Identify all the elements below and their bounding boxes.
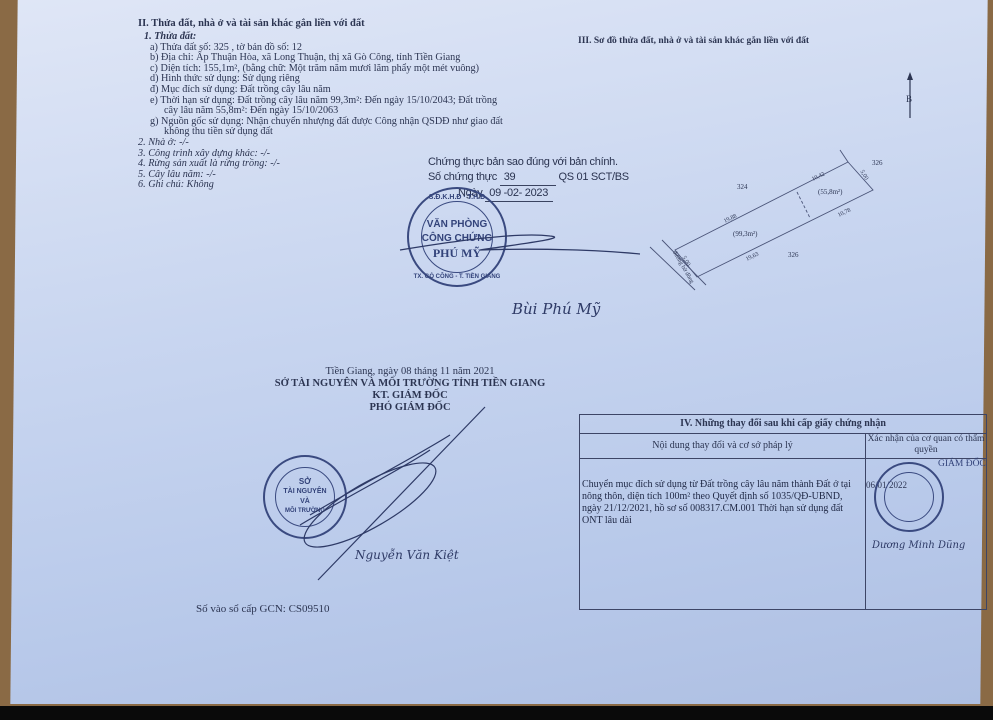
area-label-1: (99,3m²) (733, 229, 757, 240)
neighbor-324: 324 (737, 182, 748, 193)
certification-number-row: Số chứng thực 39 QS 01 SCT/BS (428, 170, 629, 186)
bottom-bar (0, 706, 993, 720)
stamp-ring-text: S.Đ.K.H.Đ · T.H.Đ (409, 192, 505, 204)
section-iii-title: III. Sơ đồ thửa đất, nhà ở và tài sản kh… (578, 36, 809, 47)
notary-signature: Bùi Phú Mỹ (512, 300, 600, 318)
usage-purpose: đ) Mục đích sử dụng: Đất trồng cây lâu n… (138, 85, 503, 96)
registration-office-stamp (874, 462, 944, 532)
north-label: B (906, 94, 912, 105)
origin-2: không thu tiền sử dụng đất (138, 127, 503, 138)
confirm-signature: Dương Minh Dũng (872, 540, 965, 551)
official-signature: Nguyễn Văn Kiệt (355, 548, 459, 562)
neighbor-326-north: 326 (872, 158, 883, 169)
confirm-role: GIÁM ĐỐC (938, 459, 986, 469)
certification-book: QS 01 SCT/BS (558, 171, 628, 183)
column-header-content: Nội dung thay đổi và cơ sở pháp lý (580, 434, 865, 459)
land-heading: 1. Thửa đất: (138, 32, 503, 43)
gcn-number: Số vào sổ cấp GCN: CS09510 (196, 604, 330, 615)
certification-number-label: Số chứng thực (428, 171, 497, 183)
house: 2. Nhà ở: -/- (138, 138, 503, 149)
changes-table-title: IV. Những thay đổi sau khi cấp giấy chứn… (580, 415, 986, 434)
notary-signature-stroke (400, 210, 640, 270)
stamp-inner-ring (884, 472, 934, 522)
signing-date: Tiền Giang, ngày 08 tháng 11 năm 2021 (250, 366, 570, 378)
neighbor-326-south: 326 (788, 250, 799, 261)
column-divider (865, 434, 866, 609)
certification-number: 39 (500, 170, 556, 186)
section-ii-title: II. Thửa đất, nhà ở và tài sản khác gắn … (138, 18, 365, 29)
change-content: Chuyển mục đích sử dụng từ Đất trồng cây… (582, 479, 862, 527)
stamp-bottom-text: TX. GÒ CÔNG - T. TIỀN GIANG (409, 271, 505, 283)
column-header-confirmation: Xác nhận của cơ quan có thẩm quyền (866, 434, 986, 459)
certification-line: Chứng thực bản sao đúng với bản chính. (428, 155, 629, 170)
signing-kt: KT. GIÁM ĐỐC (250, 390, 570, 402)
signing-org: SỞ TÀI NGUYÊN VÀ MÔI TRƯỜNG TỈNH TIỀN GI… (250, 378, 570, 390)
area-label-2: (55,8m²) (818, 187, 842, 198)
